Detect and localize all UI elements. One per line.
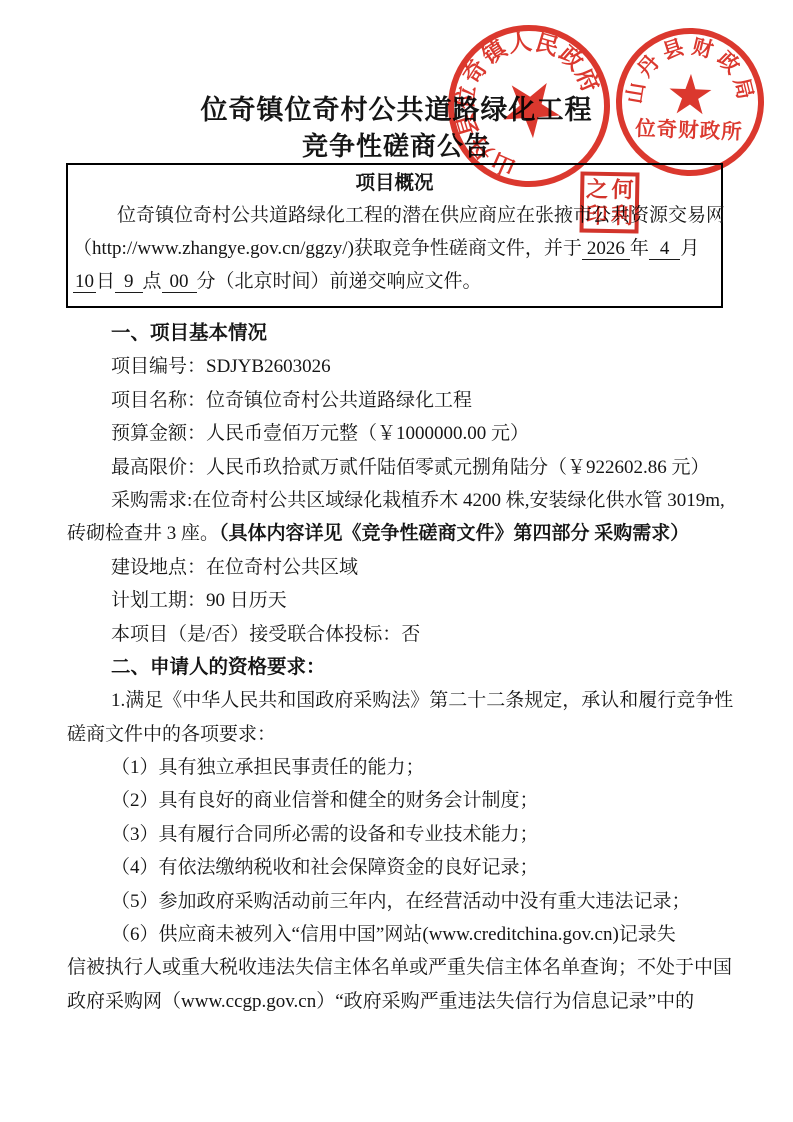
max-price-line: 最高限价：人民币玖拾贰万贰仟陆佰零贰元捌角陆分（￥922602.86 元）: [67, 451, 730, 484]
deadline-minute-blank: 00: [162, 271, 197, 293]
consortium-line: 本项目（是/否）接受联合体投标：否: [67, 618, 730, 651]
qualification-item-6-line-2: 信被执行人或重大税收违法失信主体名单或严重失信主体名单查询；不处于中国: [67, 951, 730, 984]
qualification-item-5: （5）参加政府采购活动前三年内，在经营活动中没有重大违法记录；: [67, 885, 730, 918]
deadline-year-suffix: 年: [630, 238, 649, 259]
deadline-month-blank: 4: [649, 238, 681, 260]
qualification-item-6-line-3: 政府采购网（www.ccgp.gov.cn）“政府采购严重违法失信行为信息记录”…: [67, 985, 730, 1018]
deadline-day-suffix: 日: [96, 271, 115, 292]
personal-name-seal: 之 何 印 利: [579, 171, 639, 233]
qualification-item-4: （4）有依法缴纳税收和社会保障资金的良好记录；: [67, 851, 730, 884]
deadline-minute-suffix: 分: [197, 271, 216, 292]
overview-line-3: 10日9点00分（北京时间）前递交响应文件。: [73, 265, 716, 298]
qualification-item-1: （1）具有独立承担民事责任的能力；: [67, 751, 730, 784]
section1-heading: 一、项目基本情况: [67, 317, 730, 350]
location-line: 建设地点：在位奇村公共区域: [67, 551, 730, 584]
section2-heading: 二、申请人的资格要求：: [67, 651, 730, 684]
qualification-item-3: （3）具有履行合同所必需的设备和专业技术能力；: [67, 818, 730, 851]
document-page: 位奇镇位奇村公共道路绿化工程 竞争性磋商公告 项目概况 位奇镇位奇村公共道路绿化…: [0, 0, 793, 1122]
demand-line2-text: 砖砌检查井 3 座。: [67, 523, 219, 544]
overview-line3-tail: （北京时间）前递交响应文件。: [216, 271, 482, 292]
deadline-hour-suffix: 点: [143, 271, 162, 292]
qualification-item-6-line-1: （6）供应商未被列入“信用中国”网站(www.creditchina.gov.c…: [67, 918, 730, 951]
requirement1-line-2: 磋商文件中的各项要求：: [67, 718, 730, 751]
overview-line-2: （http://www.zhangye.gov.cn/ggzy/)获取竞争性磋商…: [73, 232, 716, 265]
finance-round-seal: 山丹县财政局 位奇财政所: [609, 21, 770, 182]
overview-line2-text: （http://www.zhangye.gov.cn/ggzy/)获取竞争性磋商…: [73, 238, 582, 259]
government-seal-star-icon: [490, 67, 568, 145]
document-body: 一、项目基本情况 项目编号：SDJYB2603026 项目名称：位奇镇位奇村公共…: [67, 317, 730, 1018]
finance-seal-star-icon: [669, 73, 712, 114]
duration-line: 计划工期：90 日历天: [67, 584, 730, 617]
name-seal-char-top-right: 何: [610, 177, 636, 202]
name-seal-char-top-left: 之: [584, 176, 610, 201]
name-seal-char-bottom-left: 印: [584, 203, 610, 228]
deadline-year-blank: 2026: [582, 238, 630, 260]
deadline-day-blank: 10: [73, 271, 96, 293]
budget-line: 预算金额：人民币壹佰万元整（￥1000000.00 元）: [67, 417, 730, 450]
deadline-hour-blank: 9: [115, 271, 143, 293]
demand-line-1: 采购需求:在位奇村公共区域绿化栽植乔木 4200 株,安装绿化供水管 3019m…: [67, 484, 730, 517]
demand-line2-bold-note: （具体内容详见《竞争性磋商文件》第四部分 采购需求）: [219, 523, 689, 544]
requirement1-line-1: 1.满足《中华人民共和国政府采购法》第二十二条规定，承认和履行竞争性: [67, 684, 730, 717]
demand-line-2: 砖砌检查井 3 座。（具体内容详见《竞争性磋商文件》第四部分 采购需求）: [67, 517, 730, 550]
project-number-line: 项目编号：SDJYB2603026: [67, 350, 730, 383]
deadline-month-suffix: 月: [680, 238, 699, 259]
finance-seal-bottom-text: 位奇财政所: [634, 116, 743, 144]
name-seal-char-bottom-right: 利: [609, 203, 635, 228]
project-name-line: 项目名称：位奇镇位奇村公共道路绿化工程: [67, 384, 730, 417]
qualification-item-2: （2）具有良好的商业信誉和健全的财务会计制度；: [67, 784, 730, 817]
